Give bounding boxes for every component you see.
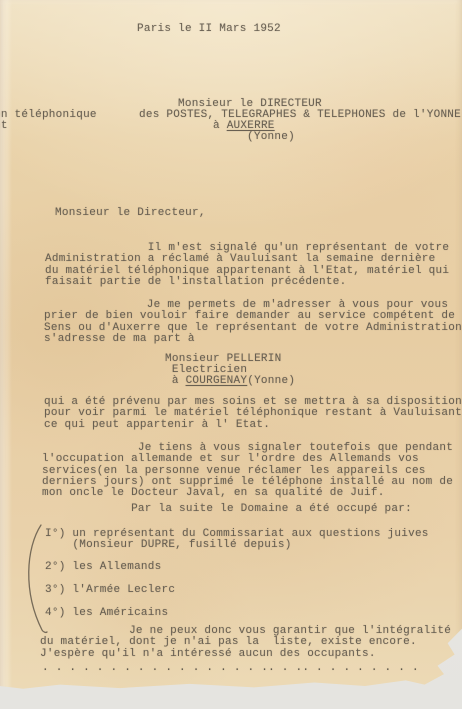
contact-city-prefix: à [165, 375, 186, 387]
date-line: Paris le II Mars 1952 [137, 24, 281, 35]
list-item-1: I°) un représentant du Commissariat aux … [45, 529, 429, 552]
contact-city-line: à COURGENAY(Yonne) [165, 376, 295, 387]
list-item-2: 2°) les Allemands [45, 562, 161, 573]
paragraph-4: Je tiens à vous signaler toutefois que p… [42, 443, 453, 500]
paragraph-6: Je ne peux donc vous garantir que l'inté… [40, 626, 451, 660]
salutation: Monsieur le Directeur, [55, 208, 206, 219]
recipient-administration: des POSTES, TELEGRAPHES & TELEPHONES de … [139, 110, 461, 121]
recipient-department: (Yonne) [247, 132, 295, 143]
paragraph-5-intro: Par la suite le Domaine a été occupé par… [42, 504, 412, 515]
handwritten-brace-mark [20, 522, 48, 636]
list-item-4: 4°) les Américains [45, 608, 168, 619]
paragraph-1: Il m'est signalé qu'un représentant de v… [45, 243, 449, 288]
contact-city-suffix: (Yonne) [247, 375, 295, 387]
scanner-background: Paris le II Mars 1952 on téléphonique nt… [0, 0, 462, 709]
dotted-separator-line: . . . . . . . . . . . . . . . . .. . .. … [42, 663, 419, 674]
contact-city: COURGENAY [186, 375, 248, 387]
margin-note-cutoff: on téléphonique nt [0, 110, 97, 133]
letter-paper: Paris le II Mars 1952 on téléphonique nt… [0, 0, 462, 700]
list-item-3: 3°) l'Armée Leclerc [45, 585, 175, 596]
paragraph-3: qui a été prévenu par mes soins et se me… [44, 397, 462, 431]
recipient-city-prefix: à [213, 120, 227, 132]
paragraph-2: Je me permets de m'adresser à vous pour … [44, 300, 462, 345]
